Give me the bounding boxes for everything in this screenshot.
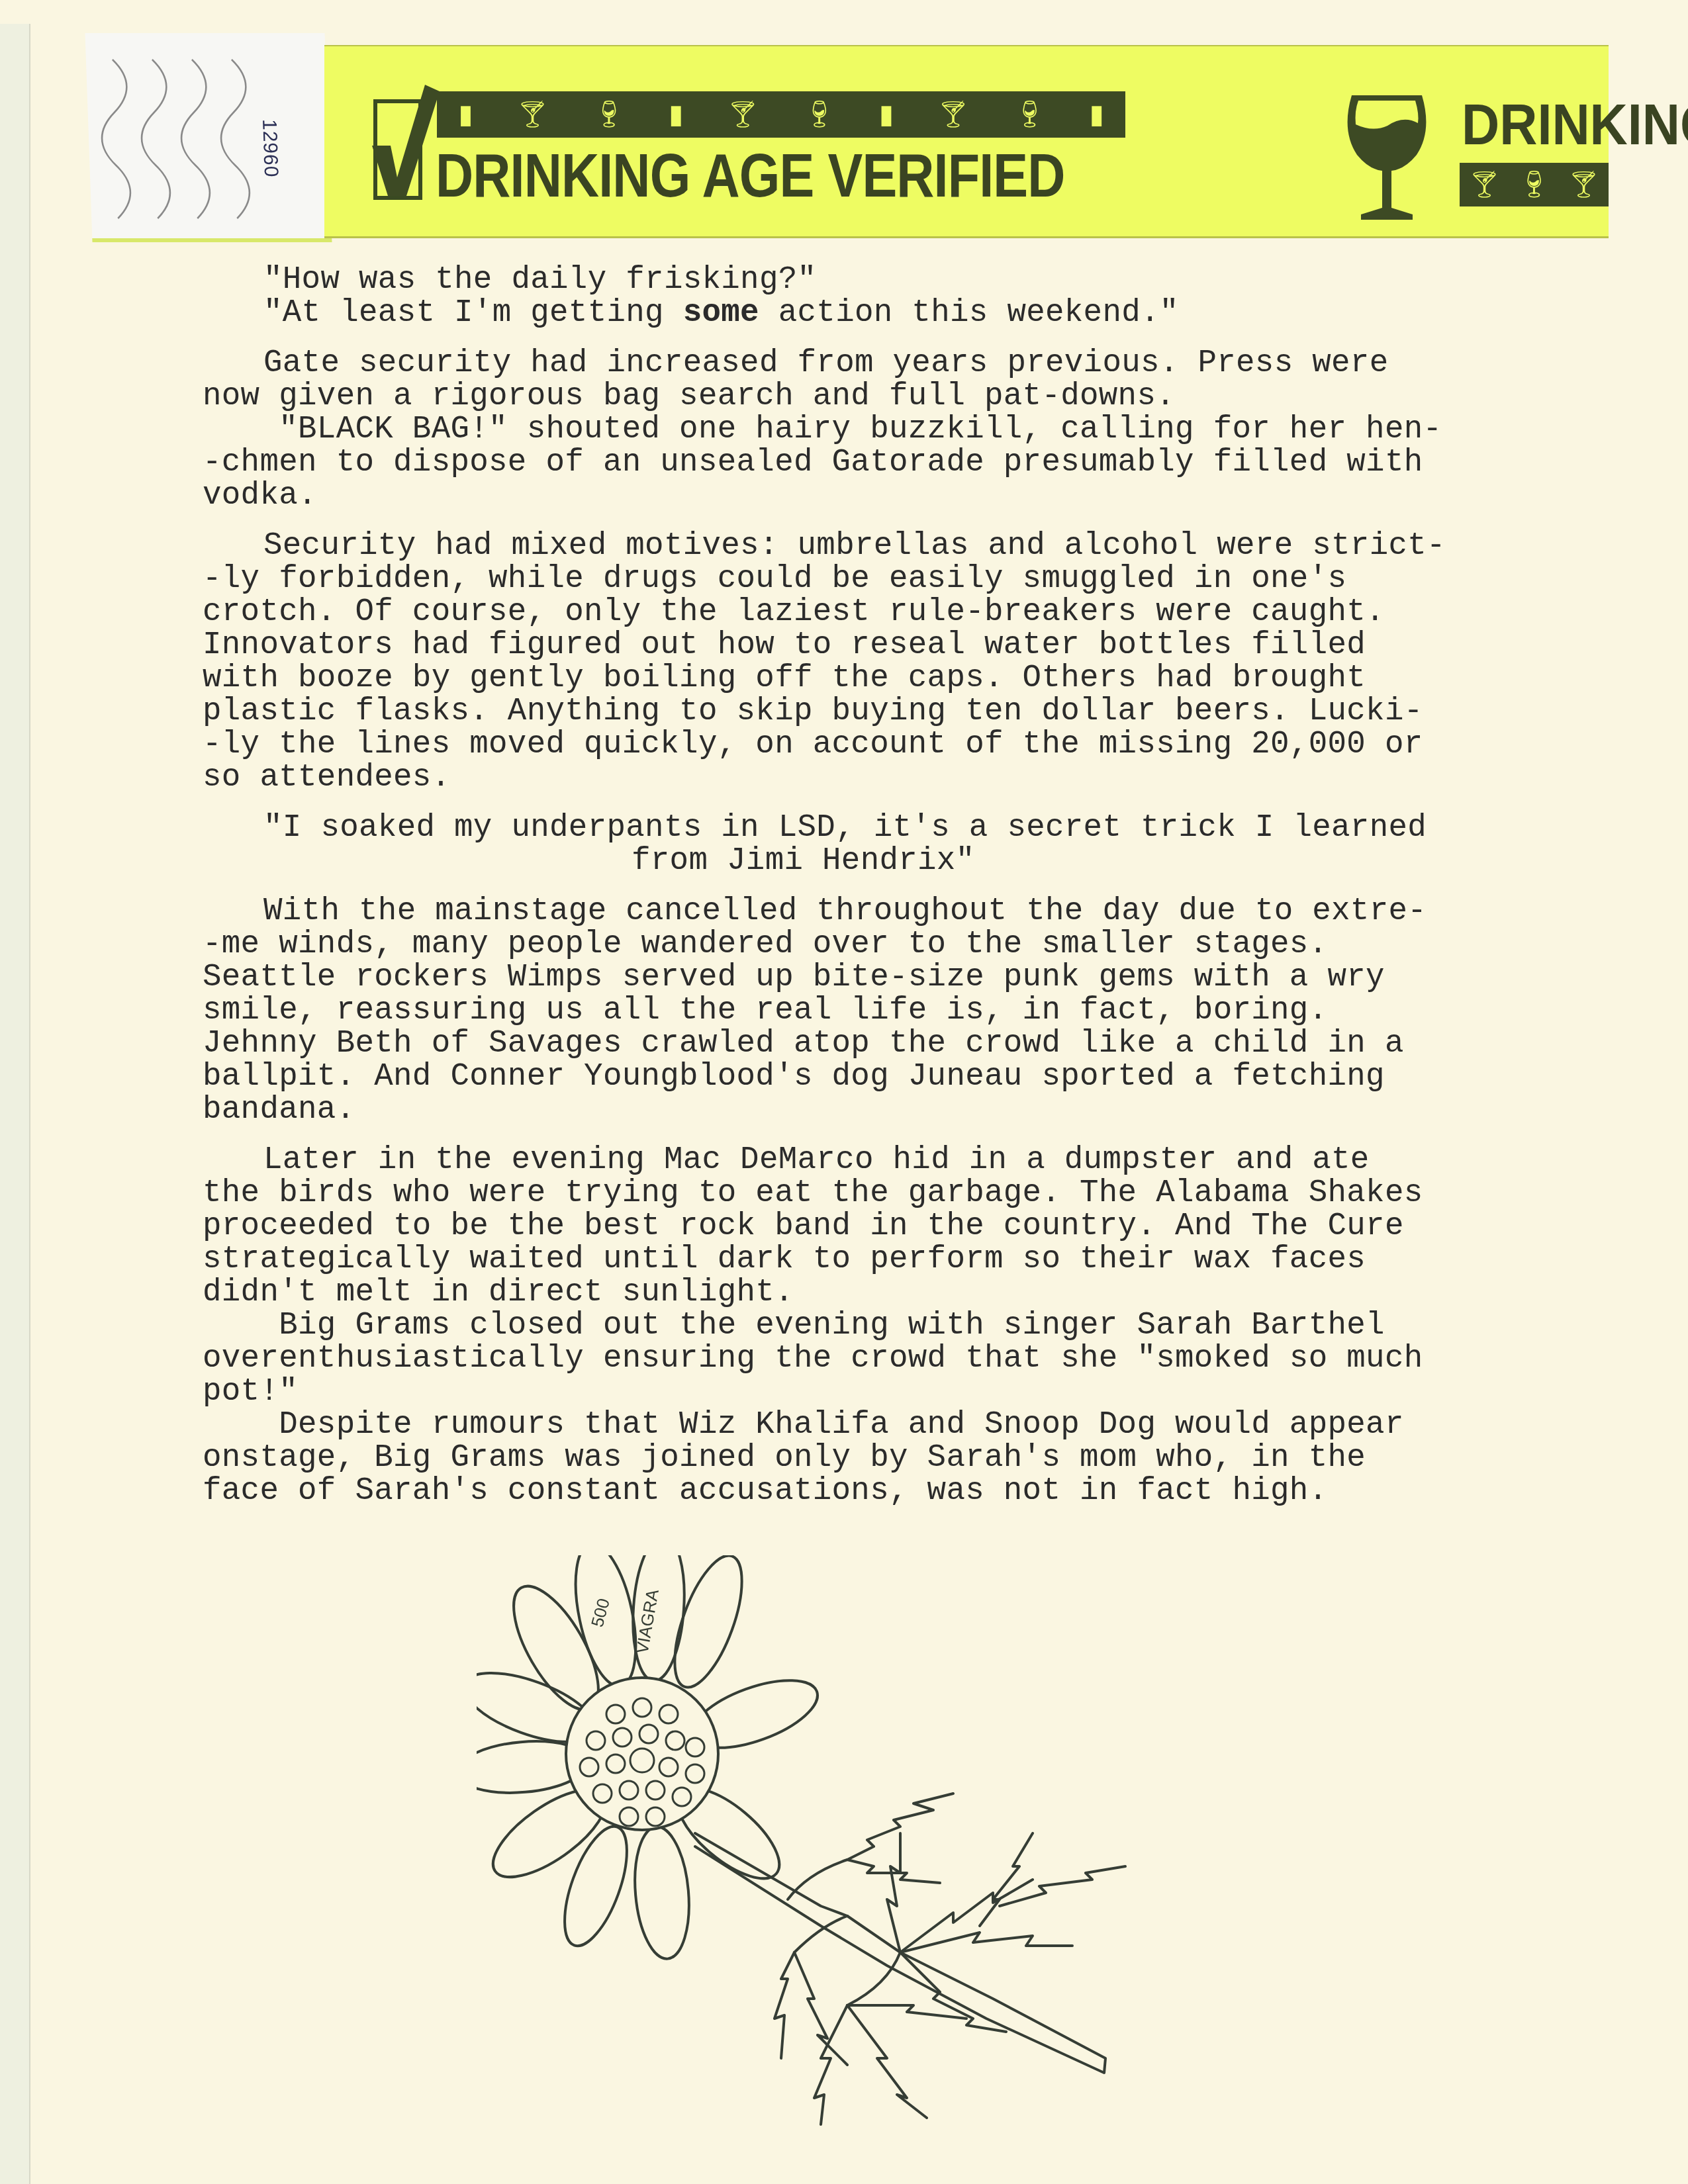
paragraph-line: Later in the evening Mac DeMarco hid in … (203, 1144, 1526, 1177)
wristband-tab: 12960 (85, 33, 332, 242)
paragraph-line: proceeded to be the best rock band in th… (203, 1210, 1526, 1243)
paragraph-line: Security had mixed motives: umbrellas an… (203, 529, 1526, 563)
cocktail-icon: 🍸︎ (937, 101, 970, 128)
wave-pattern-icon (85, 33, 332, 238)
paragraph-line: face of Sarah's constant accusations, wa… (203, 1475, 1526, 1508)
wine-glass-icon: 🍷︎ (592, 101, 626, 128)
paragraph-line: the birds who were trying to eat the gar… (203, 1177, 1526, 1210)
checkmark-icon (368, 85, 441, 197)
paragraph-line: bandana. (203, 1093, 1526, 1126)
wine-glass-icon: 🍷︎ (1517, 171, 1551, 198)
bottle-icon: ▮ (1090, 101, 1104, 128)
wristband: 12960 ▮ 🍸︎ 🍷︎ ▮ 🍸︎ 🍷︎ ▮ 🍸︎ 🍷︎ ▮ DRINKING… (89, 33, 1611, 240)
drink-icons-strip: 🍸︎ 🍷︎ 🍸︎ (1460, 163, 1609, 206)
large-wine-glass-icon (1344, 91, 1430, 224)
paragraph-line: strategically waited until dark to perfo… (203, 1243, 1526, 1276)
pull-quote: "I soaked my underpants in LSD, it's a s… (203, 811, 1526, 844)
pull-quote: from Jimi Hendrix" (203, 844, 1526, 878)
paragraph-line: Big Grams closed out the evening with si… (203, 1309, 1526, 1342)
paragraph-line: Innovators had figured out how to reseal… (203, 629, 1526, 662)
paragraph-line: plastic flasks. Anything to skip buying … (203, 695, 1526, 728)
paragraph-line: -ly the lines moved quickly, on account … (203, 728, 1526, 761)
paragraph-line: -ly forbidden, while drugs could be easi… (203, 563, 1526, 596)
wine-glass-icon: 🍷︎ (802, 101, 836, 128)
paragraph-line: -chmen to dispose of an unsealed Gatorad… (203, 446, 1526, 479)
pill-label: VIAGRA (632, 1587, 663, 1655)
paragraph-line: now given a rigorous bag search and full… (203, 380, 1526, 413)
paragraph-line: Despite rumours that Wiz Khalifa and Sno… (203, 1408, 1526, 1441)
paragraph-line: with booze by gently boiling off the cap… (203, 662, 1526, 695)
paragraph-line: Gate security had increased from years p… (203, 347, 1526, 380)
page-edge (0, 24, 30, 2184)
cocktail-icon: 🍸︎ (726, 101, 760, 128)
serial-number: 12960 (258, 119, 282, 177)
bottle-icon: ▮ (669, 101, 683, 128)
bottle-icon: ▮ (458, 101, 473, 128)
paragraph-line: onstage, Big Grams was joined only by Sa… (203, 1441, 1526, 1475)
paragraph-line: crotch. Of course, only the laziest rule… (203, 596, 1526, 629)
dialogue-line: "At least I'm getting some action this w… (203, 296, 1526, 330)
pill-flower-illustration: 500 VIAGRA (477, 1555, 1258, 2138)
cocktail-icon: 🍸︎ (1567, 171, 1601, 198)
bottle-icon: ▮ (879, 101, 894, 128)
paragraph-line: With the mainstage cancelled throughout … (203, 895, 1526, 928)
cocktail-icon: 🍸︎ (516, 101, 549, 128)
paragraph-line: smile, reassuring us all the real life i… (203, 994, 1526, 1027)
emphasis: some (683, 295, 759, 331)
paragraph-line: ballpit. And Conner Youngblood's dog Jun… (203, 1060, 1526, 1093)
paragraph-line: Jehnny Beth of Savages crawled atop the … (203, 1027, 1526, 1060)
wristband-title: DRINKING AGE VERIFIED (436, 146, 1065, 206)
wine-glass-icon: 🍷︎ (1013, 101, 1047, 128)
paragraph-line: Seattle rockers Wimps served up bite-siz… (203, 961, 1526, 994)
paragraph-line: vodka. (203, 479, 1526, 512)
paragraph-line: overenthusiastically ensuring the crowd … (203, 1342, 1526, 1375)
dialogue-line: "How was the daily frisking?" (203, 263, 1526, 296)
paragraph-line: so attendees. (203, 761, 1526, 794)
drink-icons-strip: ▮ 🍸︎ 🍷︎ ▮ 🍸︎ 🍷︎ ▮ 🍸︎ 🍷︎ ▮ (437, 91, 1125, 138)
paragraph-line: didn't melt in direct sunlight. (203, 1276, 1526, 1309)
paragraph-line: -me winds, many people wandered over to … (203, 928, 1526, 961)
pill-label: 500 (587, 1596, 614, 1629)
wristband-strap: ▮ 🍸︎ 🍷︎ ▮ 🍸︎ 🍷︎ ▮ 🍸︎ 🍷︎ ▮ DRINKING AGE V… (324, 45, 1609, 238)
wristband-side-label: DRINKING (1462, 95, 1688, 154)
cocktail-icon: 🍸︎ (1468, 171, 1501, 198)
paragraph-line: "BLACK BAG!" shouted one hairy buzzkill,… (203, 413, 1526, 446)
paragraph-line: pot!" (203, 1375, 1526, 1408)
article-body: "How was the daily frisking?" "At least … (203, 263, 1526, 1508)
